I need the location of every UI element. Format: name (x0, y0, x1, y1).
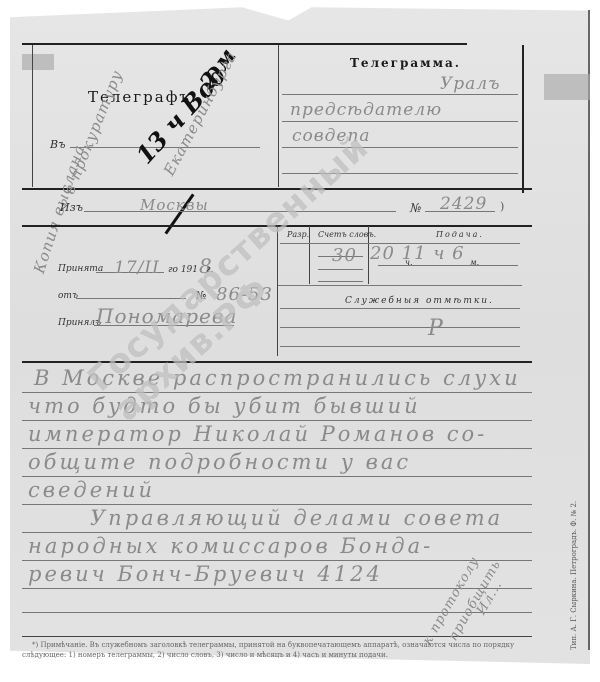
number-value: 2429 (440, 194, 487, 214)
service-initial: Р (428, 316, 444, 341)
message-rule-3 (22, 448, 532, 449)
label-accepted: Принялъ (58, 318, 101, 328)
count-line-3 (318, 281, 363, 282)
minutes-abbr: м. (470, 258, 479, 267)
message-line-5: сведений (28, 478, 155, 502)
message-rule-2 (22, 420, 532, 421)
label-number-sign: № (410, 201, 421, 215)
message-line-6: Управляющий делами совета (90, 506, 503, 530)
tape-mark-right (544, 74, 590, 100)
left-box-right-border (278, 45, 279, 187)
tape-mark-left (22, 54, 54, 70)
received-date: 17/II (114, 258, 160, 278)
message-rule-4 (22, 476, 532, 477)
count-value: 30 (332, 245, 357, 266)
message-rule-9 (22, 612, 532, 613)
frame-mid-line (22, 188, 532, 190)
printer-mark: Тип. А. Г. Сыркина. Петроградъ. Ф. № 2. (570, 501, 578, 650)
service-top-line (278, 285, 522, 286)
right-box-right-border (522, 45, 524, 193)
message-rule-6 (22, 532, 532, 533)
service-line-2 (280, 327, 520, 328)
message-rule-1 (22, 392, 532, 393)
count-line-2 (318, 269, 363, 270)
paper-edge (588, 10, 590, 650)
from-value: Москвы (140, 196, 209, 214)
left-box-left-border (32, 45, 33, 187)
message-line-3: император Николай Романов со- (28, 422, 487, 446)
footnote-line-1: *) Примѣчаніе. Въ служебномъ заголовкѣ т… (32, 641, 514, 649)
footnote-line-2: слѣдующее: 1) номеръ телеграммы, 2) числ… (22, 651, 388, 659)
col-submitted: Подача. (436, 230, 484, 239)
label-from: Изъ (60, 201, 83, 214)
message-rule-5 (22, 504, 532, 505)
service-marks-label: Служебныя отмѣтки. (345, 296, 494, 306)
message-line-2: что будто бы убит бывший (28, 394, 421, 418)
service-line-1 (280, 308, 520, 309)
message-rule-7 (22, 560, 532, 561)
label-to: Въ (50, 138, 65, 151)
submitted-value: 20 11 ч 6 (370, 243, 465, 264)
submitted-line (378, 265, 518, 266)
service-line-3 (280, 346, 520, 347)
message-line-7: народных комиссаров Бонда- (28, 534, 433, 558)
frame-top-line (22, 43, 467, 45)
message-line-4: общите подробности у вас (28, 450, 411, 474)
message-line-8: ревич Бонч-Бруевич 4124 (28, 562, 383, 586)
number-paren: ) (500, 200, 504, 213)
label-by: отъ (58, 291, 78, 301)
